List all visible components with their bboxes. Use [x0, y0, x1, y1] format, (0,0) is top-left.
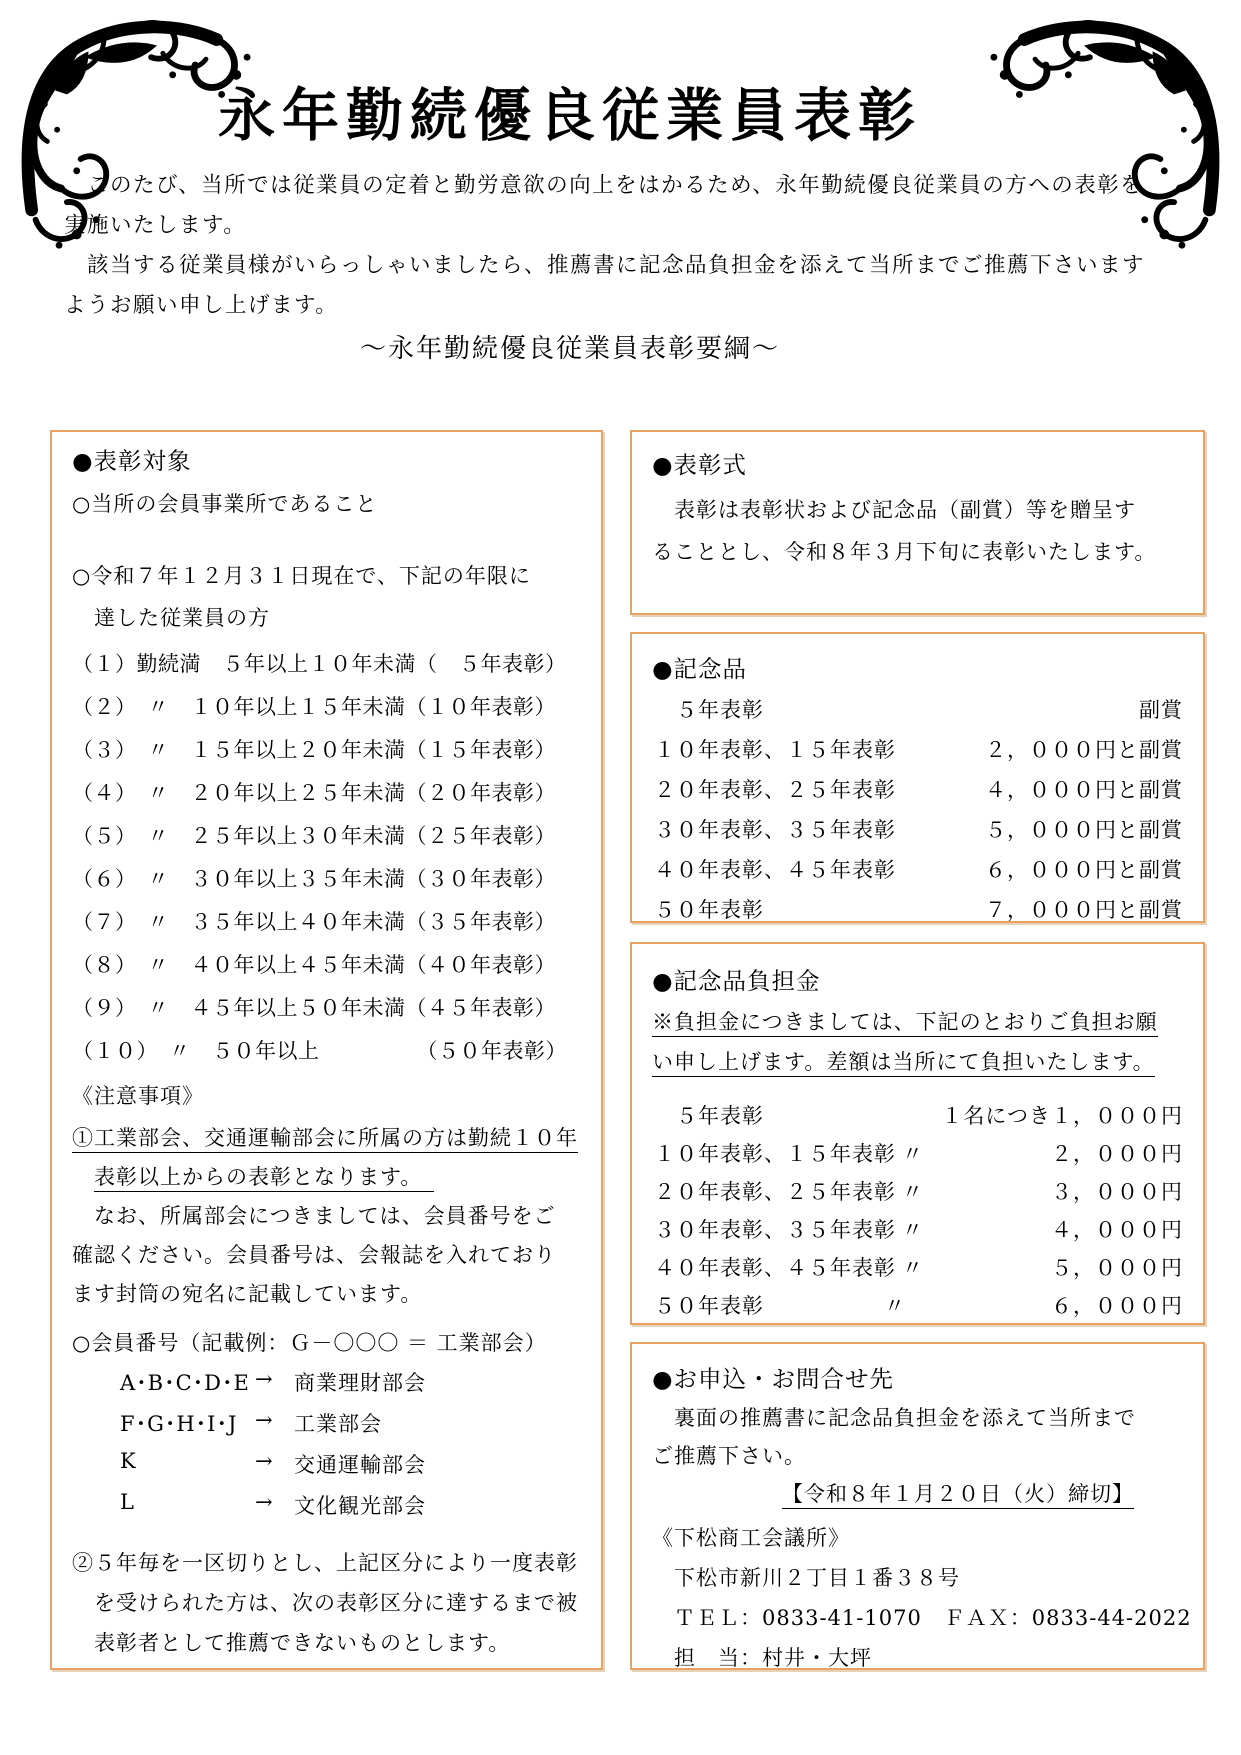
intro-paragraph: このたび、当所では従業員の定着と勤労意欲の向上をはかるため、永年勤続優良従業員の…: [64, 166, 1224, 326]
term-line: （１）勤続満 ５年以上１０年未満（ ５年表彰）: [72, 648, 591, 691]
contact-body-line: 裏面の推薦書に記念品負担金を添えて当所まで: [652, 1402, 1136, 1432]
award-target-box: ●表彰対象 ○当所の会員事業所であること ○令和７年１２月３１日現在で、下記の年…: [50, 430, 603, 1670]
gift-row: ５年表彰 副賞: [654, 694, 1183, 734]
intro-line: 実施いたします。: [64, 206, 1224, 246]
term-line: （６） 〃 ３０年以上３５年未満（３０年表彰）: [72, 863, 591, 906]
burden-row: ４０年表彰、４５年表彰 〃 ５，０００円: [654, 1252, 1183, 1290]
department-name: 商業理財部会: [294, 1367, 426, 1408]
member-code: K: [120, 1449, 255, 1490]
staff-line: 担 当：村井・大坪: [652, 1642, 872, 1672]
gift-amount: ５，０００円と副賞: [985, 814, 1183, 854]
arrow-icon: →: [255, 1449, 294, 1490]
gift-box: ●記念品 ５年表彰 副賞 １０年表彰、１５年表彰 ２，０００円と副賞 ２０年表彰…: [630, 632, 1205, 923]
burden-label: ５年表彰: [654, 1100, 877, 1138]
note2-line: 表彰者として推薦できないものとします。: [72, 1627, 591, 1667]
member-map-row: K → 交通運輸部会: [120, 1449, 587, 1490]
intro-line: このたび、当所では従業員の定着と勤労意欲の向上をはかるため、永年勤続優良従業員の…: [64, 166, 1224, 206]
member-condition-line: ○当所の会員事業所であること: [72, 488, 377, 518]
note1-line-underlined: ①工業部会、交通運輸部会に所属の方は勤続１０年: [72, 1122, 591, 1161]
burden-label: ２０年表彰、２５年表彰: [654, 1176, 896, 1214]
tel-fax-line: ＴＥＬ：0833-41-1070 ＦＡＸ：0833-44-2022: [652, 1602, 1192, 1632]
burden-amount: ５，０００円: [930, 1252, 1183, 1290]
member-map-row: L → 文化観光部会: [120, 1490, 587, 1531]
term-line: （８） 〃 ４０年以上４５年未満（４０年表彰）: [72, 949, 591, 992]
burden-amount: ４，０００円: [930, 1214, 1183, 1252]
notes-heading: 《注意事項》: [72, 1080, 204, 1110]
gift-label: ３０年表彰、３５年表彰: [654, 814, 896, 854]
contact-heading: ●お申込・お問合せ先: [652, 1360, 894, 1394]
gift-amount: ４，０００円と副賞: [985, 774, 1183, 814]
member-code: A･B･C･D･E: [120, 1367, 255, 1408]
ceremony-body-line: ることとし、令和８年３月下旬に表彰いたします。: [652, 536, 1156, 566]
term-line: （９） 〃 ４５年以上５０年未満（４５年表彰）: [72, 992, 591, 1035]
organization-address: 下松市新川２丁目１番３８号: [652, 1562, 960, 1592]
gift-amount: ２，０００円と副賞: [985, 734, 1183, 774]
burden-heading: ●記念品負担金: [652, 962, 821, 996]
contact-box: ●お申込・お問合せ先 裏面の推薦書に記念品負担金を添えて当所まで ご推薦下さい。…: [630, 1342, 1205, 1670]
contact-body-line: ご推薦下さい。: [652, 1440, 806, 1470]
burden-row: ５０年表彰 〃 ６，０００円: [654, 1290, 1183, 1328]
gift-label: ４０年表彰、４５年表彰: [654, 854, 896, 894]
member-number-map: A･B･C･D･E → 商業理財部会 F･G･H･I･J → 工業部会 K → …: [120, 1367, 587, 1531]
burden-amount: ２，０００円: [930, 1138, 1183, 1176]
term-line: （２） 〃 １０年以上１５年未満（１０年表彰）: [72, 691, 591, 734]
date-condition-line1: ○令和７年１２月３１日現在で、下記の年限に: [72, 560, 531, 590]
term-line: （３） 〃 １５年以上２０年未満（１５年表彰）: [72, 734, 591, 777]
ceremony-heading: ●表彰式: [652, 446, 747, 480]
gift-table: ５年表彰 副賞 １０年表彰、１５年表彰 ２，０００円と副賞 ２０年表彰、２５年表…: [654, 694, 1183, 934]
note2-line: ②５年毎を一区切りとし、上記区分により一度表彰: [72, 1547, 591, 1587]
department-name: 工業部会: [294, 1408, 382, 1449]
burden-table: ５年表彰 １名につき１，０００円 １０年表彰、１５年表彰 〃 ２，０００円 ２０…: [654, 1100, 1183, 1328]
underline-text: ①工業部会、交通運輸部会に所属の方は勤続１０年: [72, 1126, 578, 1153]
arrow-icon: →: [255, 1367, 294, 1408]
page-title: 永年勤続優良従業員表彰: [0, 70, 1140, 152]
gift-amount: ６，０００円と副賞: [985, 854, 1183, 894]
gift-row: ４０年表彰、４５年表彰 ６，０００円と副賞: [654, 854, 1183, 894]
burden-row: ５年表彰 １名につき１，０００円: [654, 1100, 1183, 1138]
gift-amount: 副賞: [1139, 694, 1183, 734]
ditto-mark: 〃: [877, 1290, 913, 1328]
burden-amount: １名につき１，０００円: [913, 1100, 1183, 1138]
arrow-icon: →: [255, 1490, 294, 1531]
outline-subtitle: ～永年勤続優良従業員表彰要綱～: [0, 328, 1140, 365]
note1-block: ①工業部会、交通運輸部会に所属の方は勤続１０年 表彰以上からの表彰となります。 …: [72, 1122, 591, 1317]
gift-row: ３０年表彰、３５年表彰 ５，０００円と副賞: [654, 814, 1183, 854]
burden-row: ３０年表彰、３５年表彰 〃 ４，０００円: [654, 1214, 1183, 1252]
underline-text: ※負担金につきましては、下記のとおりご負担お願: [652, 1010, 1158, 1037]
ditto-mark: 〃: [896, 1252, 930, 1290]
award-target-heading: ●表彰対象: [72, 442, 192, 476]
department-name: 文化観光部会: [294, 1490, 426, 1531]
burden-row: ２０年表彰、２５年表彰 〃 ３，０００円: [654, 1176, 1183, 1214]
deadline-line: 【令和８年１月２０日（火）締切】: [782, 1478, 1134, 1508]
burden-label: １０年表彰、１５年表彰: [654, 1138, 896, 1176]
gift-label: ２０年表彰、２５年表彰: [654, 774, 896, 814]
ceremony-body-line: 表彰は表彰状および記念品（副賞）等を贈呈す: [652, 494, 1136, 524]
underline-text: 表彰以上からの表彰となります。: [94, 1165, 434, 1192]
note1-line: なお、所属部会につきましては、会員番号をご: [72, 1200, 591, 1239]
note2-block: ②５年毎を一区切りとし、上記区分により一度表彰 を受けられた方は、次の表彰区分に…: [72, 1547, 591, 1667]
term-line: （４） 〃 ２０年以上２５年未満（２０年表彰）: [72, 777, 591, 820]
burden-amount: ３，０００円: [930, 1176, 1183, 1214]
gift-row: ５０年表彰 ７，０００円と副賞: [654, 894, 1183, 934]
burden-note-underlined: ※負担金につきましては、下記のとおりご負担お願: [652, 1006, 1158, 1036]
intro-line: ようお願い申し上げます。: [64, 286, 1224, 326]
gift-label: ５０年表彰: [654, 894, 764, 934]
ditto-mark: 〃: [896, 1214, 930, 1252]
gift-amount: ７，０００円と副賞: [985, 894, 1183, 934]
ditto-mark: 〃: [896, 1176, 930, 1214]
burden-box: ●記念品負担金 ※負担金につきましては、下記のとおりご負担お願 い申し上げます。…: [630, 942, 1205, 1325]
burden-note-underlined: い申し上げます。差額は当所にて負担いたします。: [652, 1046, 1155, 1076]
gift-row: ２０年表彰、２５年表彰 ４，０００円と副賞: [654, 774, 1183, 814]
note1-line-underlined: 表彰以上からの表彰となります。: [72, 1161, 591, 1200]
ditto-mark: [877, 1100, 913, 1138]
term-line: （５） 〃 ２５年以上３０年未満（２５年表彰）: [72, 820, 591, 863]
burden-label: ５０年表彰: [654, 1290, 877, 1328]
gift-label: １０年表彰、１５年表彰: [654, 734, 896, 774]
gift-label: ５年表彰: [654, 694, 764, 734]
gift-heading: ●記念品: [652, 650, 747, 684]
member-number-heading: ○会員番号（記載例：Ｇ－〇〇〇 ＝ 工業部会）: [72, 1327, 547, 1357]
burden-row: １０年表彰、１５年表彰 〃 ２，０００円: [654, 1138, 1183, 1176]
ceremony-box: ●表彰式 表彰は表彰状および記念品（副賞）等を贈呈す ることとし、令和８年３月下…: [630, 430, 1205, 615]
department-name: 交通運輸部会: [294, 1449, 426, 1490]
term-line: （７） 〃 ３５年以上４０年未満（３５年表彰）: [72, 906, 591, 949]
member-map-row: F･G･H･I･J → 工業部会: [120, 1408, 587, 1449]
intro-line: 該当する従業員様がいらっしゃいましたら、推薦書に記念品負担金を添えて当所までご推…: [64, 246, 1224, 286]
member-code: L: [120, 1490, 255, 1531]
date-condition-line2: 達した従業員の方: [72, 602, 270, 632]
gift-row: １０年表彰、１５年表彰 ２，０００円と副賞: [654, 734, 1183, 774]
burden-amount: ６，０００円: [913, 1290, 1183, 1328]
arrow-icon: →: [255, 1408, 294, 1449]
member-map-row: A･B･C･D･E → 商業理財部会: [120, 1367, 587, 1408]
member-code: F･G･H･I･J: [120, 1408, 255, 1449]
note1-line: 確認ください。会員番号は、会報誌を入れており: [72, 1239, 591, 1278]
document-page: 永年勤続優良従業員表彰 このたび、当所では従業員の定着と勤労意欲の向上をはかるた…: [0, 0, 1241, 1755]
note1-line: ます封筒の宛名に記載しています。: [72, 1278, 591, 1317]
note2-line: を受けられた方は、次の表彰区分に達するまで被: [72, 1587, 591, 1627]
organization-name: 《下松商工会議所》: [652, 1522, 850, 1552]
deadline-text: 【令和８年１月２０日（火）締切】: [782, 1482, 1134, 1509]
burden-label: ４０年表彰、４５年表彰: [654, 1252, 896, 1290]
ditto-mark: 〃: [896, 1138, 930, 1176]
service-year-terms-list: （１）勤続満 ５年以上１０年未満（ ５年表彰） （２） 〃 １０年以上１５年未満…: [72, 648, 591, 1078]
term-line: （１０） 〃 ５０年以上 （５０年表彰）: [72, 1035, 591, 1078]
burden-label: ３０年表彰、３５年表彰: [654, 1214, 896, 1252]
underline-text: い申し上げます。差額は当所にて負担いたします。: [652, 1050, 1155, 1077]
